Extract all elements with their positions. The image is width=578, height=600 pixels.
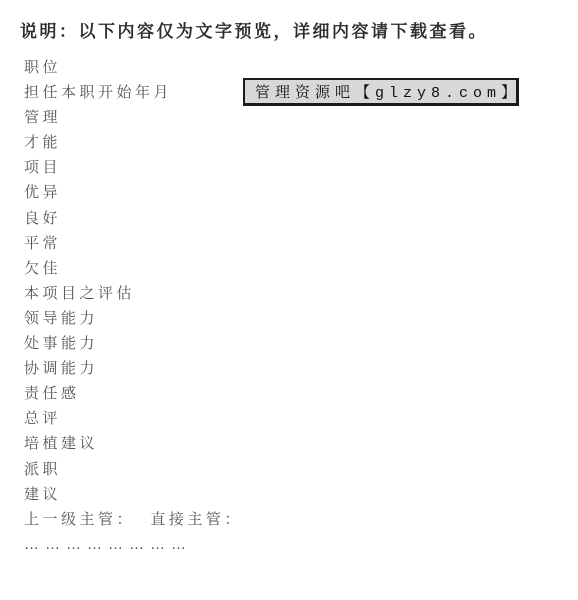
preview-line: 平常 bbox=[24, 231, 243, 256]
preview-line: 担任本职开始年月 bbox=[24, 80, 243, 105]
preview-notice: 说明：以下内容仅为文字预览，详细内容请下载查看。 bbox=[20, 17, 488, 42]
preview-line: 协调能力 bbox=[24, 356, 243, 381]
preview-line: 管理 bbox=[24, 105, 243, 130]
preview-line: 欠佳 bbox=[24, 256, 243, 281]
preview-line: 职位 bbox=[24, 55, 243, 80]
preview-line: 本项目之评估 bbox=[24, 281, 243, 306]
dots-line: …………………… bbox=[24, 532, 243, 557]
preview-line: 派职 bbox=[24, 457, 243, 482]
preview-line: 培植建议 bbox=[24, 431, 243, 456]
preview-line: 责任感 bbox=[24, 381, 243, 406]
preview-line: 优异 bbox=[24, 180, 243, 205]
preview-line: 才能 bbox=[24, 130, 243, 155]
preview-line: 项目 bbox=[24, 155, 243, 180]
preview-line: 上一级主管： 直接主管： bbox=[24, 507, 243, 532]
preview-line: 处事能力 bbox=[24, 331, 243, 356]
preview-line: 建议 bbox=[24, 482, 243, 507]
watermark-link[interactable]: 管理资源吧【glzy8.com】 bbox=[243, 78, 519, 106]
preview-line: 领导能力 bbox=[24, 306, 243, 331]
preview-text-block: 职位 担任本职开始年月 管理 才能 项目 优异 良好 平常 欠佳 本项目之评估 … bbox=[24, 55, 243, 557]
watermark-label: 管理资源吧【glzy8.com】 bbox=[255, 81, 521, 102]
preview-line: 总评 bbox=[24, 406, 243, 431]
preview-line: 良好 bbox=[24, 206, 243, 231]
